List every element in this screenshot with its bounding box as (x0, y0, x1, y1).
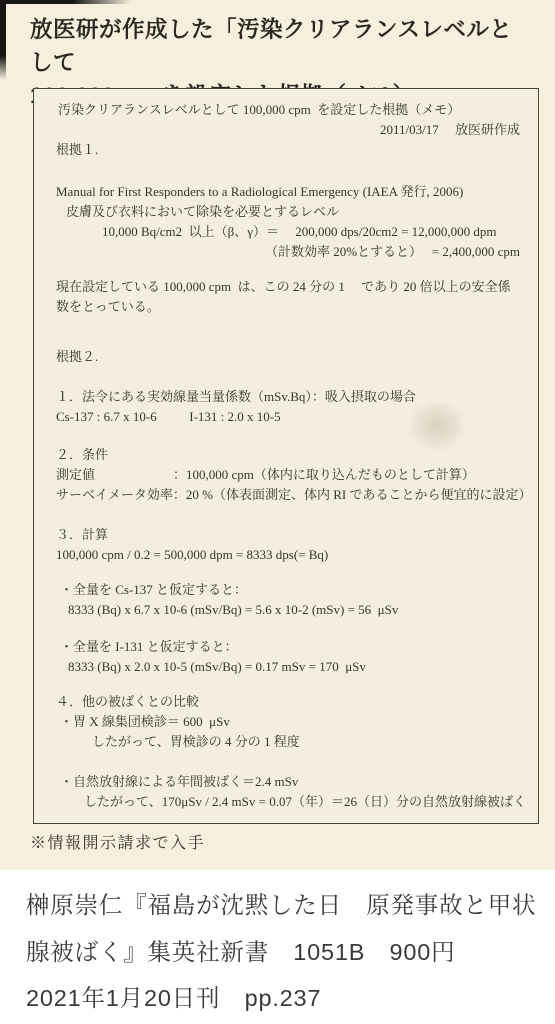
memo-line: 8333 (Bq) x 2.0 x 10-5 (mSv/Bq) = 0.17 m… (56, 657, 520, 677)
memo-line: ・自然放射線による年間被ばく＝2.4 mSv (56, 772, 520, 792)
memo-line: したがって、胃検診の 4 分の 1 程度 (56, 732, 520, 752)
memo-line: 数をとっている。 (56, 297, 520, 317)
book-citation: 榊原崇仁『福島が沈黙した日 原発事故と甲状 腺被ばく』集英社新書 1051B 9… (0, 870, 555, 1024)
memo-line: １．法令にある実効線量当量係数（mSv.Bq）：吸入摂取の場合 (56, 387, 520, 407)
citation-line2: 腺被ばく』集英社新書 1051B 900円 (26, 929, 555, 976)
page-title-line1: 放医研が作成した「汚染クリアランスレベルとして (30, 13, 535, 79)
memo-line: ・全量を I-131 と仮定すると： (56, 637, 520, 657)
memo-line: 測定値 ：100,000 cpm（体内に取り込んだものとして計算） (56, 465, 520, 485)
memo-line: ４．他の被ばくとの比較 (56, 692, 520, 712)
memo-line: 100,000 cpm / 0.2 = 500,000 dpm = 8333 d… (56, 545, 520, 565)
scan-edge-artifact-left (0, 0, 6, 80)
memo-line: 皮膚及び衣料において除染を必要とするレベル (56, 202, 520, 222)
memo-line: 10,000 Bq/cm2 以上（β、γ）＝ 200,000 dps/20cm2… (56, 222, 520, 242)
memo-line: サーベイメータ効率：20 %（体表面測定、体内 RI であることから便宜的に設定… (56, 485, 520, 505)
memo-line: ２．条件 (56, 445, 520, 465)
scan-edge-artifact-top (0, 0, 132, 4)
memo-line: 根拠２. (56, 347, 520, 367)
memo-line: 2011/03/17 放医研作成 (56, 120, 520, 140)
memo-line: ・胃 X 線集団検診＝ 600 μSv (56, 712, 520, 732)
memo-line: したがって、170μSv / 2.4 mSv = 0.07（年）＝26（日）分の… (56, 792, 520, 812)
footnote: ※情報開示請求で入手 (30, 830, 205, 853)
memo-line: 根拠１. (56, 140, 520, 160)
memo-line: 現在設定している 100,000 cpm は、この 24 分の 1 であり 20… (56, 277, 520, 297)
scanned-memo-page: 放医研が作成した「汚染クリアランスレベルとして 100,000cpmを設定した根… (0, 0, 555, 870)
memo-document: 汚染クリアランスレベルとして 100,000 cpm を設定した根拠（メモ）20… (33, 88, 539, 824)
memo-line: Cs-137 : 6.7 x 10-6 I-131 : 2.0 x 10-5 (56, 407, 520, 427)
memo-line: Manual for First Responders to a Radiolo… (56, 182, 520, 202)
memo-line: ３．計算 (56, 525, 520, 545)
memo-line: 8333 (Bq) x 6.7 x 10-6 (mSv/Bq) = 5.6 x … (56, 600, 520, 620)
memo-line: （計数効率 20%とすると） = 2,400,000 cpm (56, 242, 520, 262)
citation-line3: 2021年1月20日刊 pp.237 (26, 975, 555, 1022)
memo-line: 汚染クリアランスレベルとして 100,000 cpm を設定した根拠（メモ） (56, 100, 520, 120)
memo-body: 汚染クリアランスレベルとして 100,000 cpm を設定した根拠（メモ）20… (56, 100, 520, 812)
memo-line: ・全量を Cs-137 と仮定すると： (56, 580, 520, 600)
citation-line1: 榊原崇仁『福島が沈黙した日 原発事故と甲状 (26, 882, 555, 929)
